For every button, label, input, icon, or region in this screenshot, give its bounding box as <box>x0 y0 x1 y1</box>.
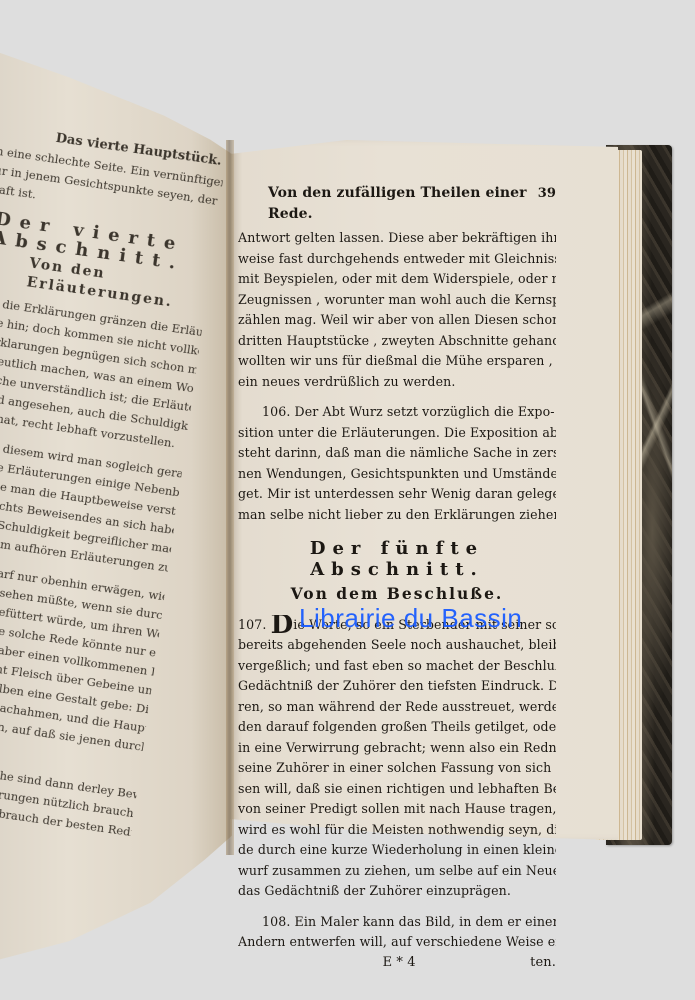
text-line: in eine Verwirrung gebracht; wenn also e… <box>238 738 556 759</box>
catchword: ten. <box>530 953 556 974</box>
text-line: sition unter die Erläuterungen. Die Expo… <box>238 423 556 444</box>
text-line: 106. Der Abt Wurz setzt vorzüglich die E… <box>238 402 556 423</box>
paragraph-108: 108. Ein Maler kann das Bild, in dem er … <box>238 912 556 953</box>
text-line: zählen mag. Weil wir aber von allen Dies… <box>238 310 556 331</box>
text-line: seine Zuhörer in einer solchen Fassung v… <box>238 758 556 779</box>
page-number: 39 <box>538 184 556 205</box>
text-line: mit Beyspielen, oder mit dem Widerspiele… <box>238 269 556 290</box>
paragraph-106: 106. Der Abt Wurz setzt vorzüglich die E… <box>238 402 556 525</box>
text-line: ein neues verdrüßlich zu werden. <box>238 372 556 393</box>
section-subtitle: Von dem Beschluße. <box>238 584 556 605</box>
text-line: get. Mir ist unterdessen sehr Wenig dara… <box>238 484 556 505</box>
running-head-title: Von den zufälligen Theilen einer Rede. <box>268 183 538 224</box>
text-line: vergeßlich; und fast eben so machet der … <box>238 656 556 677</box>
text-line: Gedächtniß der Zuhörer den tiefsten Eind… <box>238 676 556 697</box>
running-head: Von den zufälligen Theilen einer Rede. 3… <box>268 183 556 224</box>
paragraph-107: 107. Die Worte, so ein Sterbender mit se… <box>238 615 556 902</box>
watermark-text: Librairie du Bassin <box>299 603 522 634</box>
right-page-text: Von den zufälligen Theilen einer Rede. 3… <box>238 183 556 973</box>
text-line: wollten wir uns für dießmal die Mühe ers… <box>238 351 556 372</box>
text-line: bereits abgehenden Seele noch aushauchet… <box>238 635 556 656</box>
text-line: weise fast durchgehends entweder mit Gle… <box>238 249 556 270</box>
signature-mark: E * 4 ten. <box>238 953 556 974</box>
text-line: Andern entwerfen will, auf verschiedene … <box>238 932 556 953</box>
text-line: ren, so man während der Rede ausstreuet,… <box>238 697 556 718</box>
text-line: Antwort gelten lassen. Diese aber bekräf… <box>238 228 556 249</box>
paragraph-number: 107. <box>238 617 266 632</box>
text-line: von seiner Predigt sollen mit nach Hause… <box>238 799 556 820</box>
text-line: sen will, daß sie einen richtigen und le… <box>238 779 556 800</box>
text-line: wurf zusammen zu ziehen, um selbe auf ei… <box>238 861 556 882</box>
paragraph-102: 2. An die Erklärungen gränzen die Erläut… <box>0 290 203 454</box>
text-line: wird es wohl für die Meisten nothwendig … <box>238 820 556 841</box>
book-gutter <box>226 140 234 855</box>
text-line: man selbe nicht lieber zu den Erklärunge… <box>238 505 556 526</box>
text-line: nen Wendungen, Gesichtspunkten und Umstä… <box>238 464 556 485</box>
book-photo: Das vierte Hauptstück. ch eine schlechte… <box>0 0 695 1000</box>
text-line: 108. Ein Maler kann das Bild, in dem er … <box>238 912 556 933</box>
drop-cap: D <box>271 615 294 636</box>
text-line: Zeugnissen , worunter man wohl auch die … <box>238 290 556 311</box>
paragraph-104: 104. Man darf nur obenhin erwägen, wie n… <box>0 555 166 776</box>
text-line: steht darinn, daß man die nämliche Sache… <box>238 443 556 464</box>
text-line: de durch eine kurze Wiederholung in eine… <box>238 840 556 861</box>
text-line: dritten Hauptstücke , zweyten Abschnitte… <box>238 331 556 352</box>
section-title: Der fünfte Abschnitt. <box>238 539 556 580</box>
paragraph-continuation: Antwort gelten lassen. Diese aber bekräf… <box>238 228 556 392</box>
text-line: das Gedächtniß der Zuhörer einzuprägen. <box>238 881 556 902</box>
text-line: den darauf folgenden großen Theils getil… <box>238 717 556 738</box>
